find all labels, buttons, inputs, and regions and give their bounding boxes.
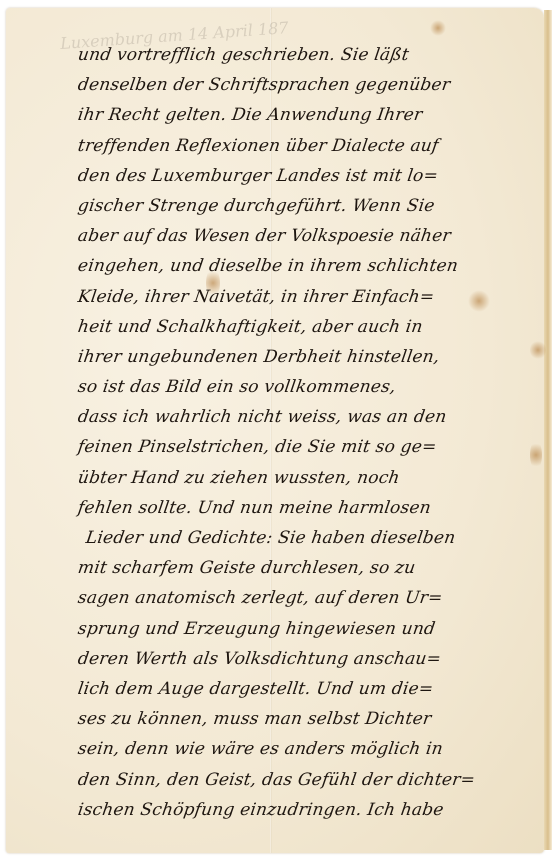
- text-line: ihr Recht gelten. Die Anwendung Ihrer: [76, 100, 540, 130]
- text-line: und vortrefflich geschrieben. Sie läßt: [76, 40, 540, 70]
- text-line: ihrer ungebundenen Derbheit hinstellen,: [76, 342, 540, 372]
- text-line: sein, denn wie wäre es anders möglich in: [76, 734, 540, 764]
- text-line: den des Luxemburger Landes ist mit lo=: [76, 161, 540, 191]
- paper-edge: [544, 10, 552, 850]
- text-line: dass ich wahrlich nicht weiss, was an de…: [76, 402, 540, 432]
- text-line: ses zu können, muss man selbst Dichter: [76, 704, 540, 734]
- letter-body: und vortrefflich geschrieben. Sie läßt d…: [78, 40, 538, 825]
- text-line: aber auf das Wesen der Volkspoesie näher: [76, 221, 540, 251]
- text-line: fehlen sollte. Und nun meine harmlosen: [76, 493, 540, 523]
- text-line: Lieder und Gedichte: Sie haben dieselben: [76, 523, 540, 553]
- text-line: mit scharfem Geiste durchlesen, so zu: [76, 553, 540, 583]
- text-line: lich dem Auge dargestellt. Und um die=: [76, 674, 540, 704]
- text-line: Kleide, ihrer Naivetät, in ihrer Einfach…: [76, 282, 540, 312]
- text-line: eingehen, und dieselbe in ihrem schlicht…: [76, 251, 540, 281]
- text-line: übter Hand zu ziehen wussten, noch: [76, 463, 540, 493]
- text-line: gischer Strenge durchgeführt. Wenn Sie: [76, 191, 540, 221]
- text-line: heit und Schalkhaftigkeit, aber auch in: [76, 312, 540, 342]
- text-line: sprung und Erzeugung hingewiesen und: [76, 614, 540, 644]
- text-line: deren Werth als Volksdichtung anschau=: [76, 644, 540, 674]
- text-line: denselben der Schriftsprachen gegenüber: [76, 70, 540, 100]
- text-line: den Sinn, den Geist, das Gefühl der dich…: [76, 765, 540, 795]
- text-line: ischen Schöpfung einzudringen. Ich habe: [76, 795, 540, 825]
- text-line: so ist das Bild ein so vollkommenes,: [76, 372, 540, 402]
- text-line: feinen Pinselstrichen, die Sie mit so ge…: [76, 432, 540, 462]
- foxing-spot: [430, 20, 446, 36]
- text-line: sagen anatomisch zerlegt, auf deren Ur=: [76, 583, 540, 613]
- text-line: treffenden Reflexionen über Dialecte auf: [76, 131, 540, 161]
